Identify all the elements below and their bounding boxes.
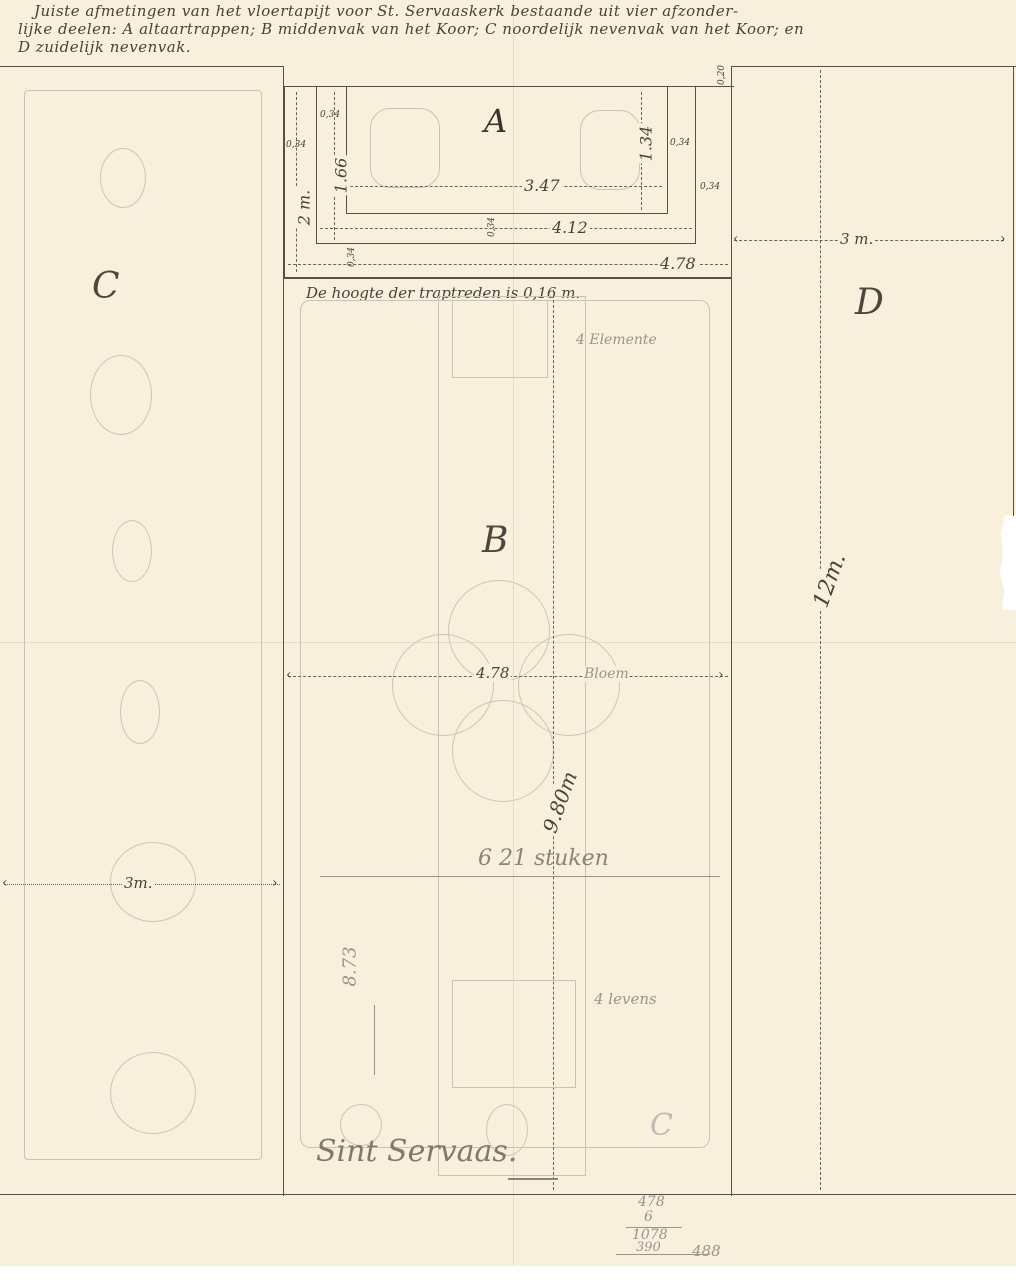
step-label: 0,34 bbox=[320, 110, 340, 120]
section-d-right-edge bbox=[1013, 66, 1014, 516]
border-top-right bbox=[732, 66, 1016, 67]
pencil-sketch-figure bbox=[580, 110, 640, 190]
signature-underline bbox=[508, 1178, 558, 1180]
a-inner-width-line bbox=[350, 186, 662, 187]
step-top-right-label: 0,20 bbox=[717, 65, 727, 85]
calc-line-1: 478 bbox=[638, 1194, 665, 1210]
step-label: 0,34 bbox=[347, 247, 357, 267]
pencil-note-length: 8.73 bbox=[340, 946, 361, 986]
pencil-oval bbox=[120, 680, 160, 744]
step-label: 0,34 bbox=[286, 140, 306, 150]
step-label: 0,34 bbox=[487, 217, 497, 237]
title-line-3: D zuidelijk nevenvak. bbox=[18, 38, 191, 56]
section-a-bottom bbox=[284, 278, 732, 279]
title-line-1: Juiste afmetingen van het vloertapijt vo… bbox=[34, 2, 739, 20]
arrow-left-icon: ‹ bbox=[286, 668, 292, 682]
a-inner-width-label: 3.47 bbox=[522, 176, 562, 195]
signature: Sint Servaas. bbox=[316, 1134, 517, 1169]
pencil-note-bottom: 4 levens bbox=[594, 990, 657, 1008]
calc-side: 488 bbox=[692, 1242, 721, 1260]
pencil-note-bloem: Bloem bbox=[584, 666, 629, 682]
pencil-note-top: 4 Elemente bbox=[576, 332, 657, 348]
border-top-left bbox=[0, 66, 284, 67]
a-inner-height-label: 1.34 bbox=[636, 124, 655, 164]
calc-line-4: 390 bbox=[636, 1240, 661, 1255]
section-b-label: B bbox=[482, 520, 508, 561]
pencil-sketch-figure bbox=[370, 108, 440, 188]
pencil-quatrefoil-lobe bbox=[452, 700, 554, 802]
pencil-oval bbox=[90, 355, 152, 435]
pencil-width-line bbox=[320, 876, 720, 877]
a-outer-width-label: 4.78 bbox=[658, 254, 698, 273]
arrow-right-icon: › bbox=[1000, 232, 1006, 246]
arrow-right-icon: › bbox=[272, 876, 278, 890]
pencil-oval bbox=[110, 1052, 196, 1134]
arrow-right-icon: › bbox=[718, 668, 724, 682]
pencil-note-stuks: 6 21 stuken bbox=[478, 846, 609, 871]
arrow-left-icon: ‹ bbox=[2, 876, 8, 890]
section-c-pencil-outline bbox=[24, 90, 262, 1160]
d-width-label: 3 m. bbox=[838, 230, 875, 248]
step-label: 0,34 bbox=[670, 138, 690, 148]
section-c-label: C bbox=[92, 266, 120, 307]
section-d-label: D bbox=[855, 282, 884, 323]
step-label: 0,34 bbox=[700, 182, 720, 192]
border-bottom bbox=[0, 1194, 1016, 1195]
pencil-sketch-cross bbox=[452, 980, 576, 1088]
calc-line-2: 6 bbox=[644, 1209, 653, 1225]
a-middle-height-label: 1.66 bbox=[331, 156, 350, 196]
a-total-height-label: 2 m. bbox=[294, 188, 313, 228]
d-height-dimension-line bbox=[820, 70, 821, 1190]
a-middle-width-label: 4.12 bbox=[550, 218, 590, 237]
pencil-sketch-rect bbox=[452, 300, 548, 378]
pencil-oval bbox=[112, 520, 152, 582]
a-total-height-line bbox=[296, 92, 297, 272]
section-a-label: A bbox=[484, 102, 507, 140]
pencil-length-line bbox=[374, 1005, 375, 1075]
a-middle-width-line bbox=[320, 228, 692, 229]
title-line-2: lijke deelen: A altaartrappen; B middenv… bbox=[18, 20, 804, 38]
pencil-oval bbox=[100, 148, 146, 208]
b-width-label: 4.78 bbox=[474, 664, 511, 682]
pencil-c-mark: C bbox=[650, 1108, 673, 1143]
c-width-label: 3m. bbox=[122, 874, 155, 892]
arrow-left-icon: ‹ bbox=[733, 232, 739, 246]
